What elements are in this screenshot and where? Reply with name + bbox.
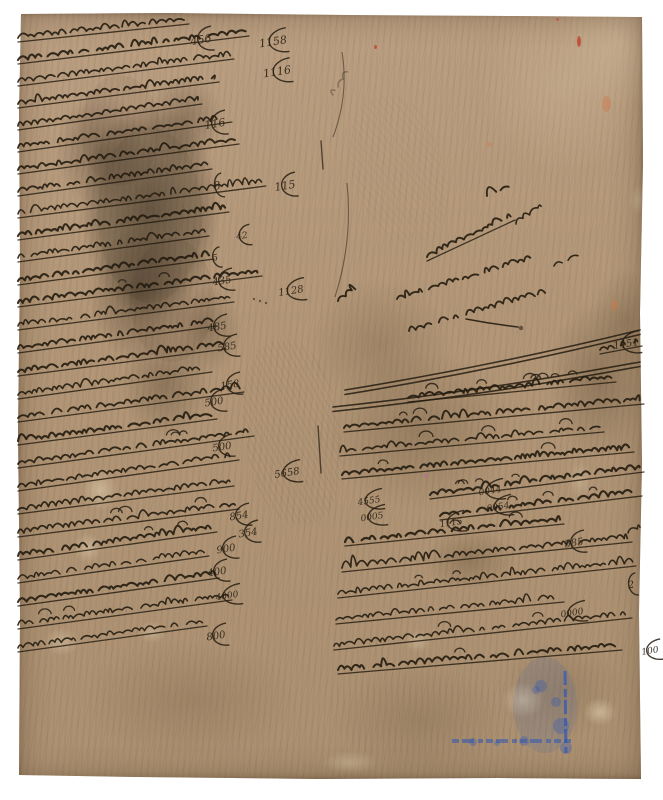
diagonal-note xyxy=(331,72,578,331)
orange-pigment-spot xyxy=(487,142,492,147)
ruled-underline xyxy=(342,542,632,572)
badge-number: 456 xyxy=(189,32,213,48)
handwritten-line xyxy=(18,19,184,38)
diagonal-annotation xyxy=(487,187,509,196)
arch-mark xyxy=(413,408,426,414)
arch-mark xyxy=(180,431,187,434)
flourish-tail xyxy=(466,319,518,327)
handwritten-line xyxy=(338,557,633,594)
badge-number: 0005 xyxy=(360,511,384,525)
badge-number: 585 xyxy=(564,537,585,551)
number-badge: 354 xyxy=(237,520,262,545)
handwritten-line xyxy=(342,534,627,568)
arch-mark xyxy=(512,474,520,477)
badge-number: 1158 xyxy=(258,33,288,50)
ruled-underline xyxy=(18,509,239,537)
badge-number: 100 xyxy=(641,645,660,658)
arch-mark xyxy=(543,491,553,495)
badge-number: 585 xyxy=(217,341,238,355)
handwritten-line xyxy=(338,644,615,670)
double-rule-line xyxy=(345,330,640,390)
handwritten-line xyxy=(18,504,235,533)
arch-mark xyxy=(508,496,517,500)
stamp-blot xyxy=(469,738,477,746)
arch-mark xyxy=(111,508,123,513)
diagonal-annotation xyxy=(397,256,530,299)
badge-number: 116 xyxy=(204,116,227,132)
handwritten-line xyxy=(336,594,554,620)
arch-mark xyxy=(560,419,573,424)
arch-mark xyxy=(477,380,487,384)
ruled-underline xyxy=(18,349,226,376)
diagonal-annotation xyxy=(331,72,348,95)
stamp-blot xyxy=(553,718,569,734)
diagonal-annotation xyxy=(338,285,355,301)
handwritten-line xyxy=(18,551,204,579)
diagonal-annotation xyxy=(554,255,578,266)
arch-mark xyxy=(438,622,450,627)
number-badge: 585 xyxy=(563,530,588,555)
orange-pigment-spot xyxy=(602,96,611,112)
number-badge: 5 xyxy=(211,247,223,269)
pink-pigment-spot xyxy=(424,474,427,477)
ink-smudge xyxy=(80,75,160,185)
ruled-underline xyxy=(18,556,209,583)
diagonal-annotation xyxy=(427,214,511,257)
red-pigment-spot xyxy=(556,18,559,21)
arch-mark xyxy=(482,426,495,432)
ink-layer: 4561158111611681154254351128485585158500… xyxy=(0,0,663,800)
ruled-underline xyxy=(18,460,239,491)
number-badge: 4000 xyxy=(213,583,243,607)
long-rules xyxy=(333,330,640,412)
orange-pigment-spot xyxy=(611,300,618,311)
number-badge: 456 xyxy=(188,26,215,53)
red-pigment-spot xyxy=(374,45,377,49)
arch-mark xyxy=(39,609,52,614)
handwritten-line xyxy=(18,480,230,510)
arch-mark xyxy=(400,412,408,415)
number-badge: 400 xyxy=(205,559,231,584)
number-badge: 900 xyxy=(215,536,240,561)
ink-smudge xyxy=(130,238,214,362)
badge-number: 0000 xyxy=(560,607,584,621)
badge-number: 5658 xyxy=(274,466,301,481)
arch-mark xyxy=(453,571,460,574)
ink-dot xyxy=(265,302,267,304)
ruled-underline xyxy=(18,626,207,652)
number-badge: 115 xyxy=(273,172,299,199)
badge-number: 42 xyxy=(235,231,249,243)
ruled-underline xyxy=(334,618,632,650)
photo-frame: 4561158111611681154254351128485585158500… xyxy=(0,0,663,800)
handwritten-line xyxy=(18,367,205,395)
number-badge: 1116 xyxy=(261,58,293,86)
arch-mark xyxy=(426,383,438,388)
stamp-blot xyxy=(494,740,500,746)
number-badge: 800 xyxy=(205,623,230,648)
number-badge: 5658 xyxy=(273,460,304,486)
badge-number: 354 xyxy=(238,527,259,541)
arch-mark xyxy=(378,460,388,464)
stamp-blot xyxy=(560,742,572,754)
arch-mark xyxy=(195,498,206,503)
number-badge: 42 xyxy=(234,224,253,247)
badge-number: 500 xyxy=(204,395,225,409)
vertical-tick-mark xyxy=(318,426,321,473)
number-badge: 116 xyxy=(203,110,229,137)
curved-bracket-mark xyxy=(333,52,344,137)
ruled-underline xyxy=(340,432,604,456)
ruled-underline xyxy=(18,578,219,606)
badge-number: 500 xyxy=(212,440,233,454)
badge-number: 800 xyxy=(206,629,227,643)
badge-number: 115 xyxy=(274,178,297,194)
badge-number: 2 xyxy=(626,580,635,592)
diagonal-annotation xyxy=(516,205,541,224)
handwritten-line xyxy=(628,525,640,533)
ruled-underline xyxy=(338,566,636,598)
arch-mark xyxy=(476,479,484,482)
number-badge: 585 xyxy=(216,334,241,359)
handwritten-line xyxy=(18,571,216,602)
arch-mark xyxy=(589,487,597,490)
ruled-underline xyxy=(18,486,234,514)
number-badge: 100 xyxy=(640,639,663,662)
arch-mark xyxy=(419,431,433,437)
ink-dot xyxy=(253,298,255,300)
number-badges: 4561158111611681154254351128485585158500… xyxy=(188,26,663,662)
vertical-tick-mark xyxy=(321,141,323,169)
number-badge: 2 xyxy=(625,573,639,597)
badge-number: 435 xyxy=(211,275,233,289)
badge-number: 5 xyxy=(211,253,218,264)
arch-mark xyxy=(145,527,153,531)
ruled-underline xyxy=(18,600,232,629)
ink-dot xyxy=(519,326,523,330)
stamp-blot xyxy=(551,697,561,707)
ruled-underline xyxy=(430,472,644,499)
ruled-underline xyxy=(427,220,515,261)
handwritten-line xyxy=(18,412,211,441)
handwritten-line xyxy=(334,612,625,646)
number-badge: 1158 xyxy=(257,28,289,56)
ruled-underline xyxy=(342,452,634,479)
handwritten-line xyxy=(340,426,600,452)
badge-number: 4000 xyxy=(214,590,239,604)
number-badge: 435 xyxy=(210,268,236,293)
curved-bracket-mark xyxy=(335,183,349,297)
number-badge: 1128 xyxy=(277,278,308,304)
badge-number: 900 xyxy=(216,542,237,556)
arch-mark xyxy=(533,613,543,617)
arch-mark xyxy=(415,575,423,578)
badge-number: 8 xyxy=(213,179,222,193)
badge-number: 158 xyxy=(220,379,241,393)
arch-mark xyxy=(178,521,188,525)
badge-number: 400 xyxy=(206,565,228,579)
ruled-underline xyxy=(18,532,217,560)
arch-mark xyxy=(64,606,75,611)
arch-mark xyxy=(455,648,465,652)
badge-number: 1116 xyxy=(262,63,292,80)
diagonal-annotation xyxy=(409,290,545,331)
badge-number: 1451 xyxy=(613,337,640,352)
stamp-blot xyxy=(519,736,529,746)
stamp-blot xyxy=(532,686,540,694)
red-pigment-spot xyxy=(577,36,581,47)
arch-mark xyxy=(541,443,555,449)
number-badge: 4555 xyxy=(355,488,385,512)
badge-number: 1128 xyxy=(278,284,305,299)
ink-dot xyxy=(259,300,261,302)
badge-number: 854 xyxy=(229,510,250,524)
